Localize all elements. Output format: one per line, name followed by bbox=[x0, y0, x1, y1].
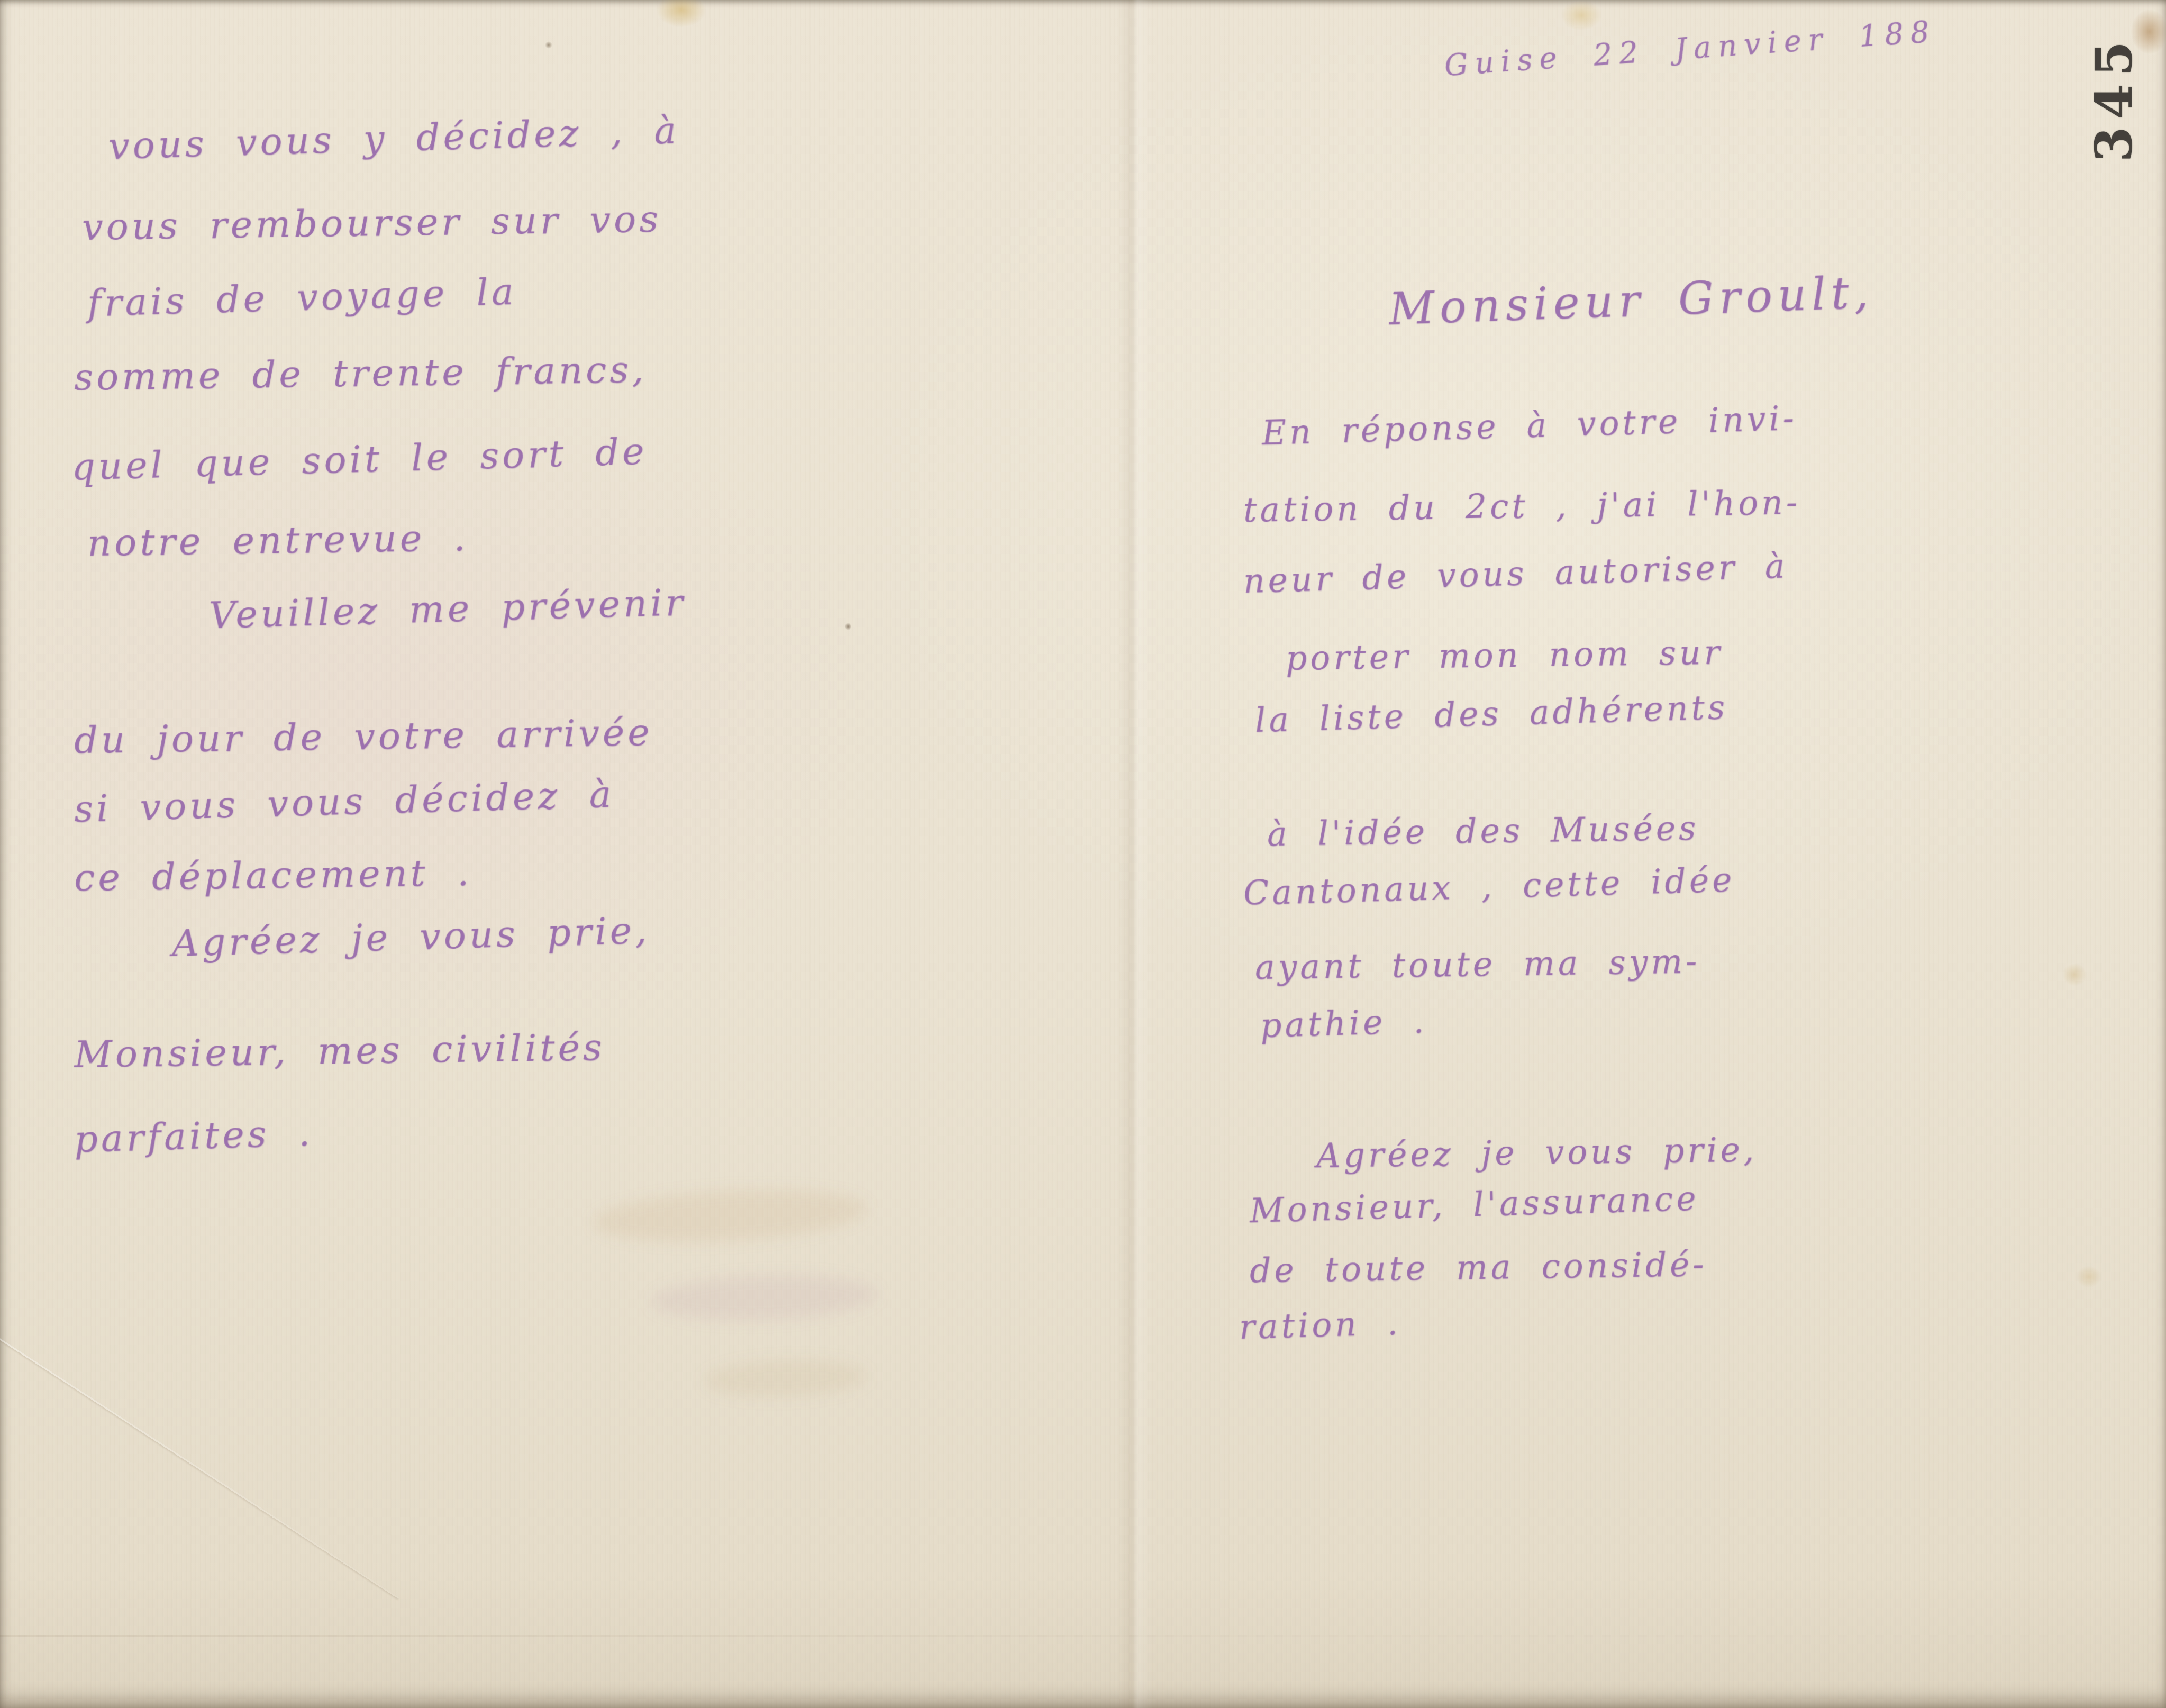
handwritten-line: vous rembourser sur vos bbox=[81, 197, 661, 249]
handwritten-line: du jour de votre arrivée bbox=[74, 711, 653, 762]
handwritten-line: tation du 2ct , j'ai l'hon- bbox=[1243, 483, 1800, 530]
paper-stain bbox=[1561, 0, 1602, 31]
handwritten-line: porter mon nom sur bbox=[1285, 633, 1723, 678]
handwritten-line: somme de trente francs, bbox=[74, 348, 647, 399]
paper-stain bbox=[2062, 963, 2087, 986]
scanned-letter: 345 vous vous y décidez , à vous rembour… bbox=[0, 0, 2166, 1708]
handwritten-line: parfaites . bbox=[74, 1111, 314, 1161]
paper-crease bbox=[0, 1635, 2166, 1637]
handwritten-line: à l'idée des Musées bbox=[1267, 809, 1699, 853]
handwritten-line: notre entrevue . bbox=[87, 516, 469, 565]
handwritten-line: pathie . bbox=[1260, 1002, 1427, 1045]
paper-stain bbox=[545, 41, 552, 49]
handwritten-line: Agréez je vous prie, bbox=[1316, 1130, 1757, 1175]
center-fold bbox=[1116, 0, 1153, 1708]
handwritten-line: ayant toute ma sym- bbox=[1254, 942, 1700, 987]
handwritten-line: de toute ma considé- bbox=[1249, 1245, 1707, 1290]
handwritten-line: ration . bbox=[1239, 1303, 1401, 1347]
paper-stain bbox=[2076, 1266, 2101, 1288]
paper-stain bbox=[845, 622, 851, 631]
handwritten-line: ce déplacement . bbox=[74, 851, 472, 900]
archive-number-stamp: 345 bbox=[2087, 40, 2140, 156]
handwritten-line: Monsieur, mes civilités bbox=[74, 1025, 605, 1076]
